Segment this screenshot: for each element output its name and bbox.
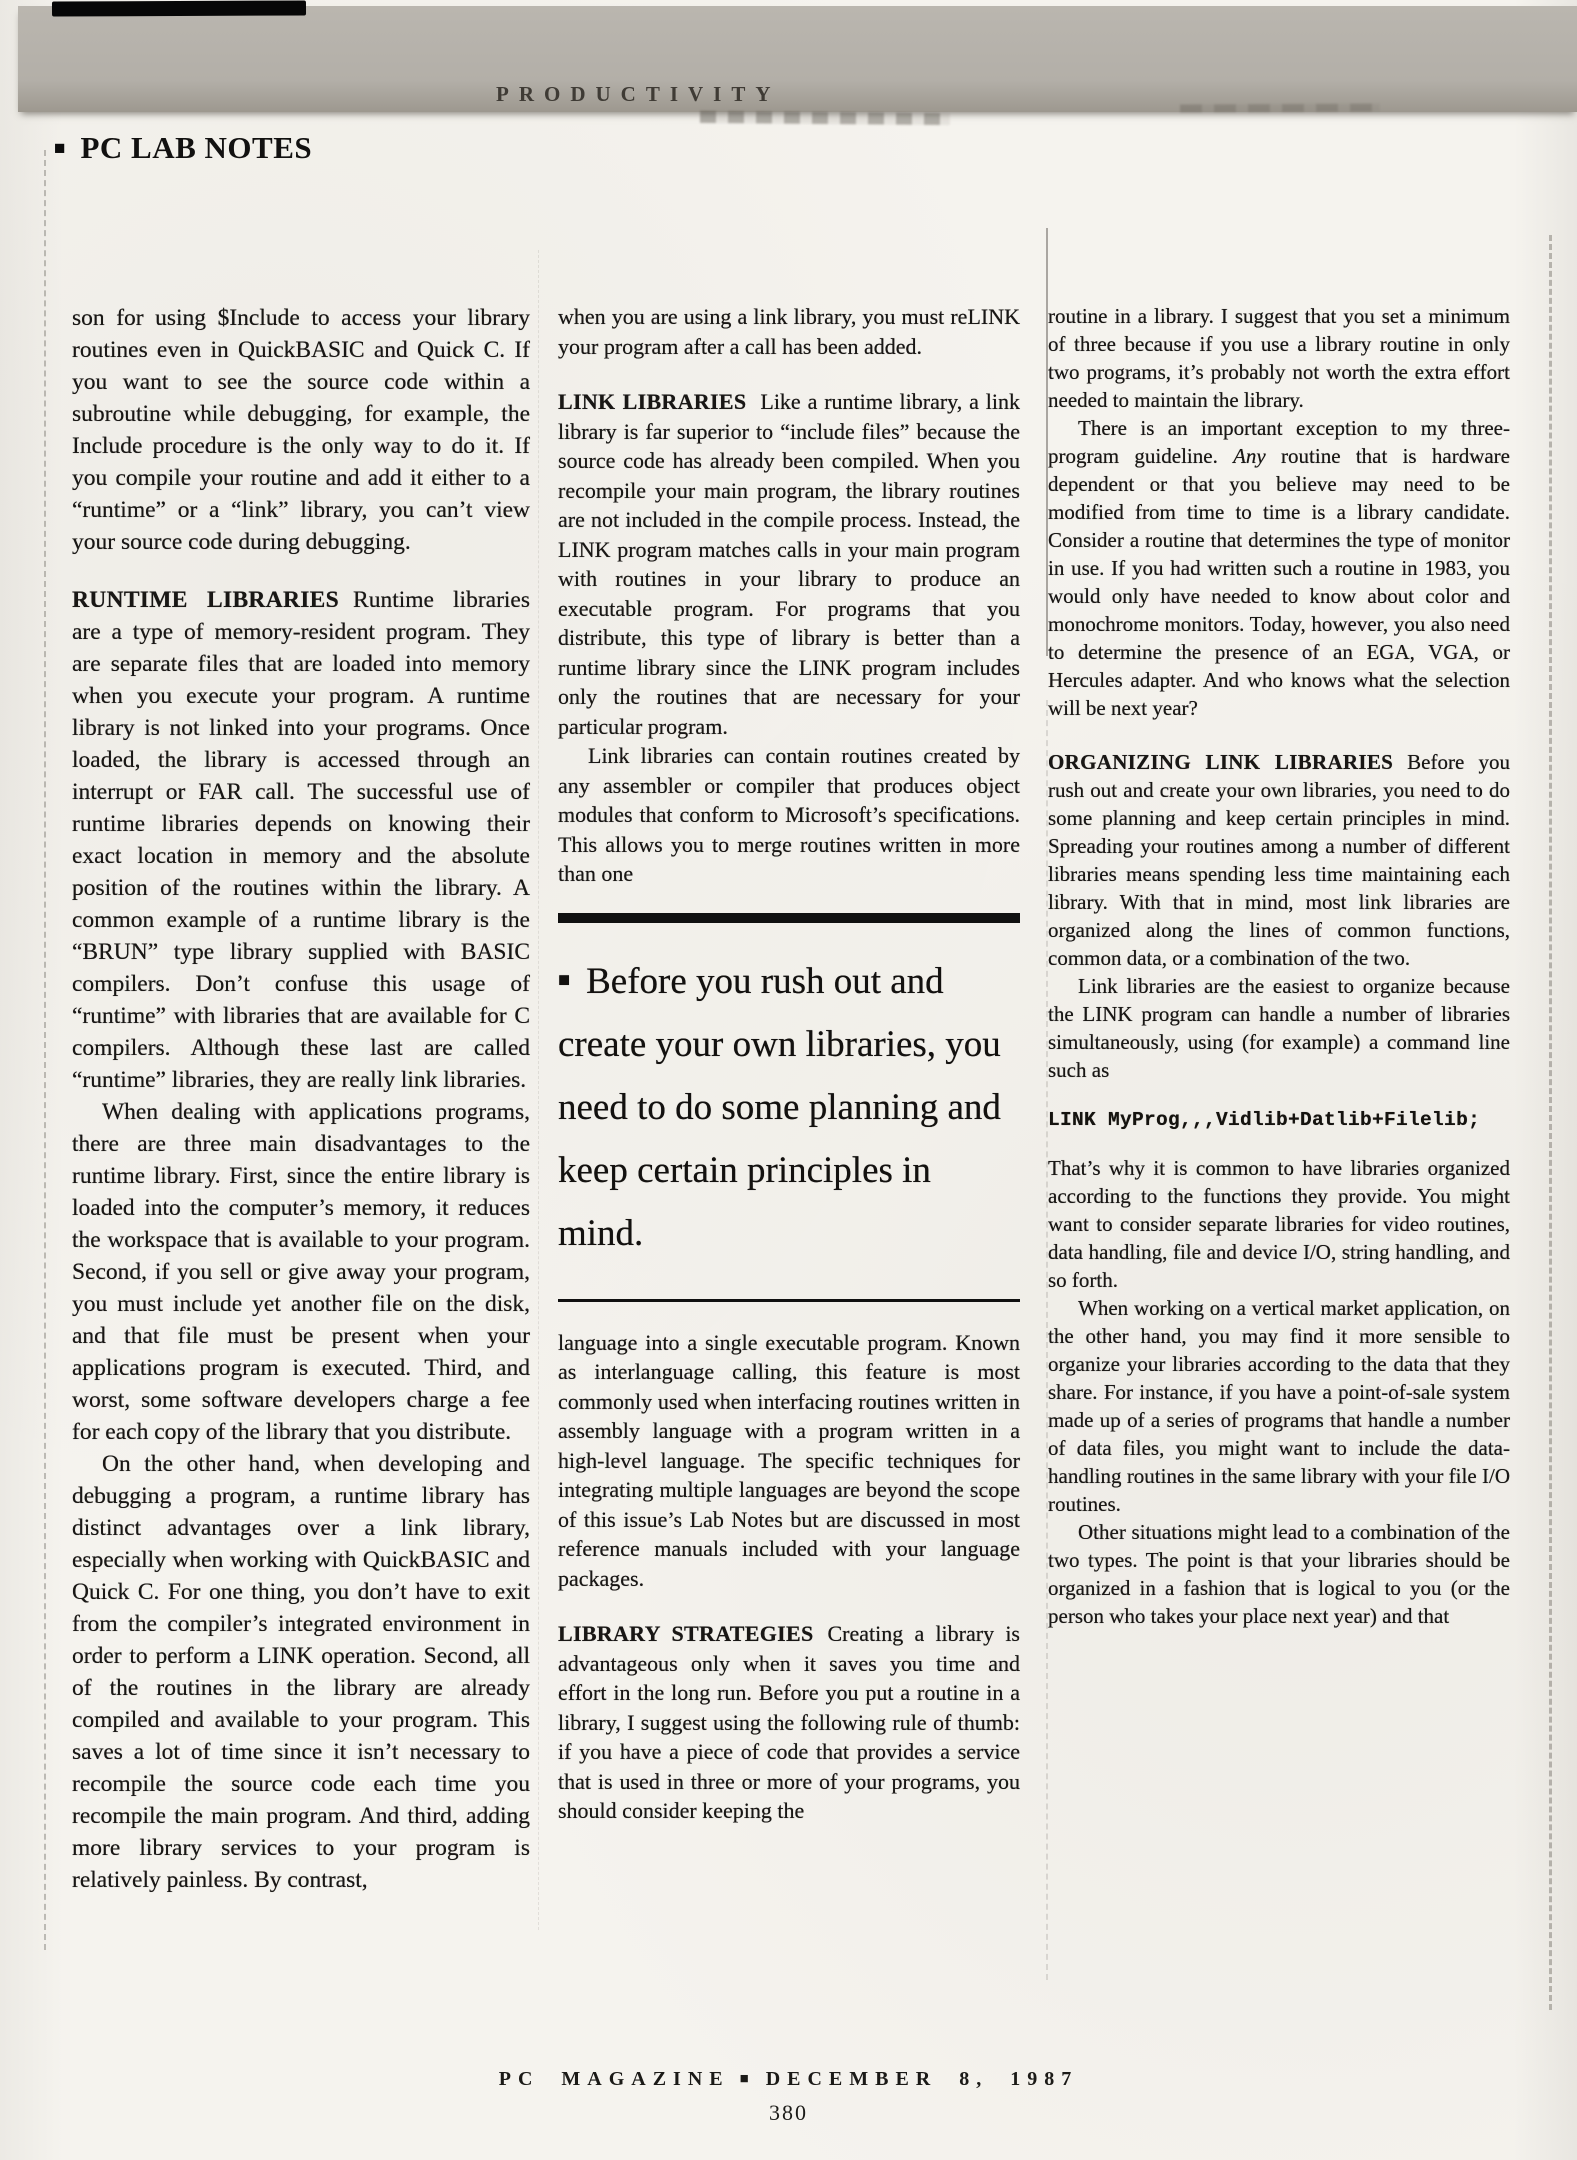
section-heading: ORGANIZING LINK LIBRARIES xyxy=(1048,750,1393,774)
right-margin-rule xyxy=(1549,235,1552,2010)
body-paragraph: routine in a library. I suggest that you… xyxy=(1048,302,1510,414)
body-paragraph: On the other hand, when developing and d… xyxy=(72,1448,530,1896)
body-paragraph: Link libraries can contain routines crea… xyxy=(558,741,1020,889)
kicker-label: PC LAB NOTES xyxy=(80,130,312,165)
section-paragraph: LIBRARY STRATEGIESCreating a library is … xyxy=(558,1619,1020,1826)
left-margin-rule xyxy=(44,150,46,1950)
body-paragraph: when you are using a link library, you m… xyxy=(558,302,1020,361)
section-label: PRODUCTIVITY xyxy=(496,82,781,107)
body-paragraph: When dealing with applications programs,… xyxy=(72,1096,530,1448)
magazine-page-scan: PRODUCTIVITY ■PC LAB NOTES son for using… xyxy=(0,0,1577,2160)
article-body: son for using $Include to access your li… xyxy=(72,302,1510,1896)
body-paragraph: Other situations might lead to a combina… xyxy=(1048,1518,1510,1630)
page-top-scan-band: PRODUCTIVITY xyxy=(18,6,1577,112)
body-paragraph: That’s why it is common to have librarie… xyxy=(1048,1154,1510,1294)
body-paragraph: son for using $Include to access your li… xyxy=(72,302,530,558)
text-column-2: when you are using a link library, you m… xyxy=(558,302,1020,1896)
scan-smudge xyxy=(1180,103,1380,112)
section-heading: LIBRARY STRATEGIES xyxy=(558,1621,813,1646)
body-paragraph: language into a single executable progra… xyxy=(558,1328,1020,1594)
section-heading: LINK LIBRARIES xyxy=(558,389,746,414)
section-paragraph: ORGANIZING LINK LIBRARIESBefore you rush… xyxy=(1048,748,1510,972)
pull-quote: ■Before you rush out and create your own… xyxy=(558,913,1020,1302)
body-paragraph: When working on a vertical market applic… xyxy=(1048,1294,1510,1518)
footer-date: DECEMBER 8, 1987 xyxy=(766,2068,1079,2090)
square-bullet-icon: ■ xyxy=(54,138,65,159)
section-heading: RUNTIME LIBRARIES xyxy=(72,587,339,613)
command-line-code: LINK MyProg,,,Vidlib+Datlib+Filelib; xyxy=(1048,1106,1510,1134)
section-paragraph: RUNTIME LIBRARIESRuntime libraries are a… xyxy=(72,584,530,1096)
body-paragraph: Link libraries are the easiest to organi… xyxy=(1048,972,1510,1084)
scan-smudge xyxy=(700,111,950,125)
page-footer: PC MAGAZINE■DECEMBER 8, 1987 xyxy=(0,2068,1577,2091)
page-number: 380 xyxy=(0,2100,1577,2126)
article-kicker: ■PC LAB NOTES xyxy=(54,130,312,166)
scan-artifact-streak xyxy=(52,0,306,16)
section-paragraph: LINK LIBRARIESLike a runtime library, a … xyxy=(558,387,1020,741)
square-bullet-icon: ■ xyxy=(558,969,570,991)
square-bullet-icon: ■ xyxy=(740,2071,756,2087)
text-column-1: son for using $Include to access your li… xyxy=(72,302,530,1896)
footer-magazine: PC MAGAZINE xyxy=(499,2068,730,2090)
text-column-3: routine in a library. I suggest that you… xyxy=(1048,302,1510,1896)
body-paragraph: There is an important exception to my th… xyxy=(1048,414,1510,722)
